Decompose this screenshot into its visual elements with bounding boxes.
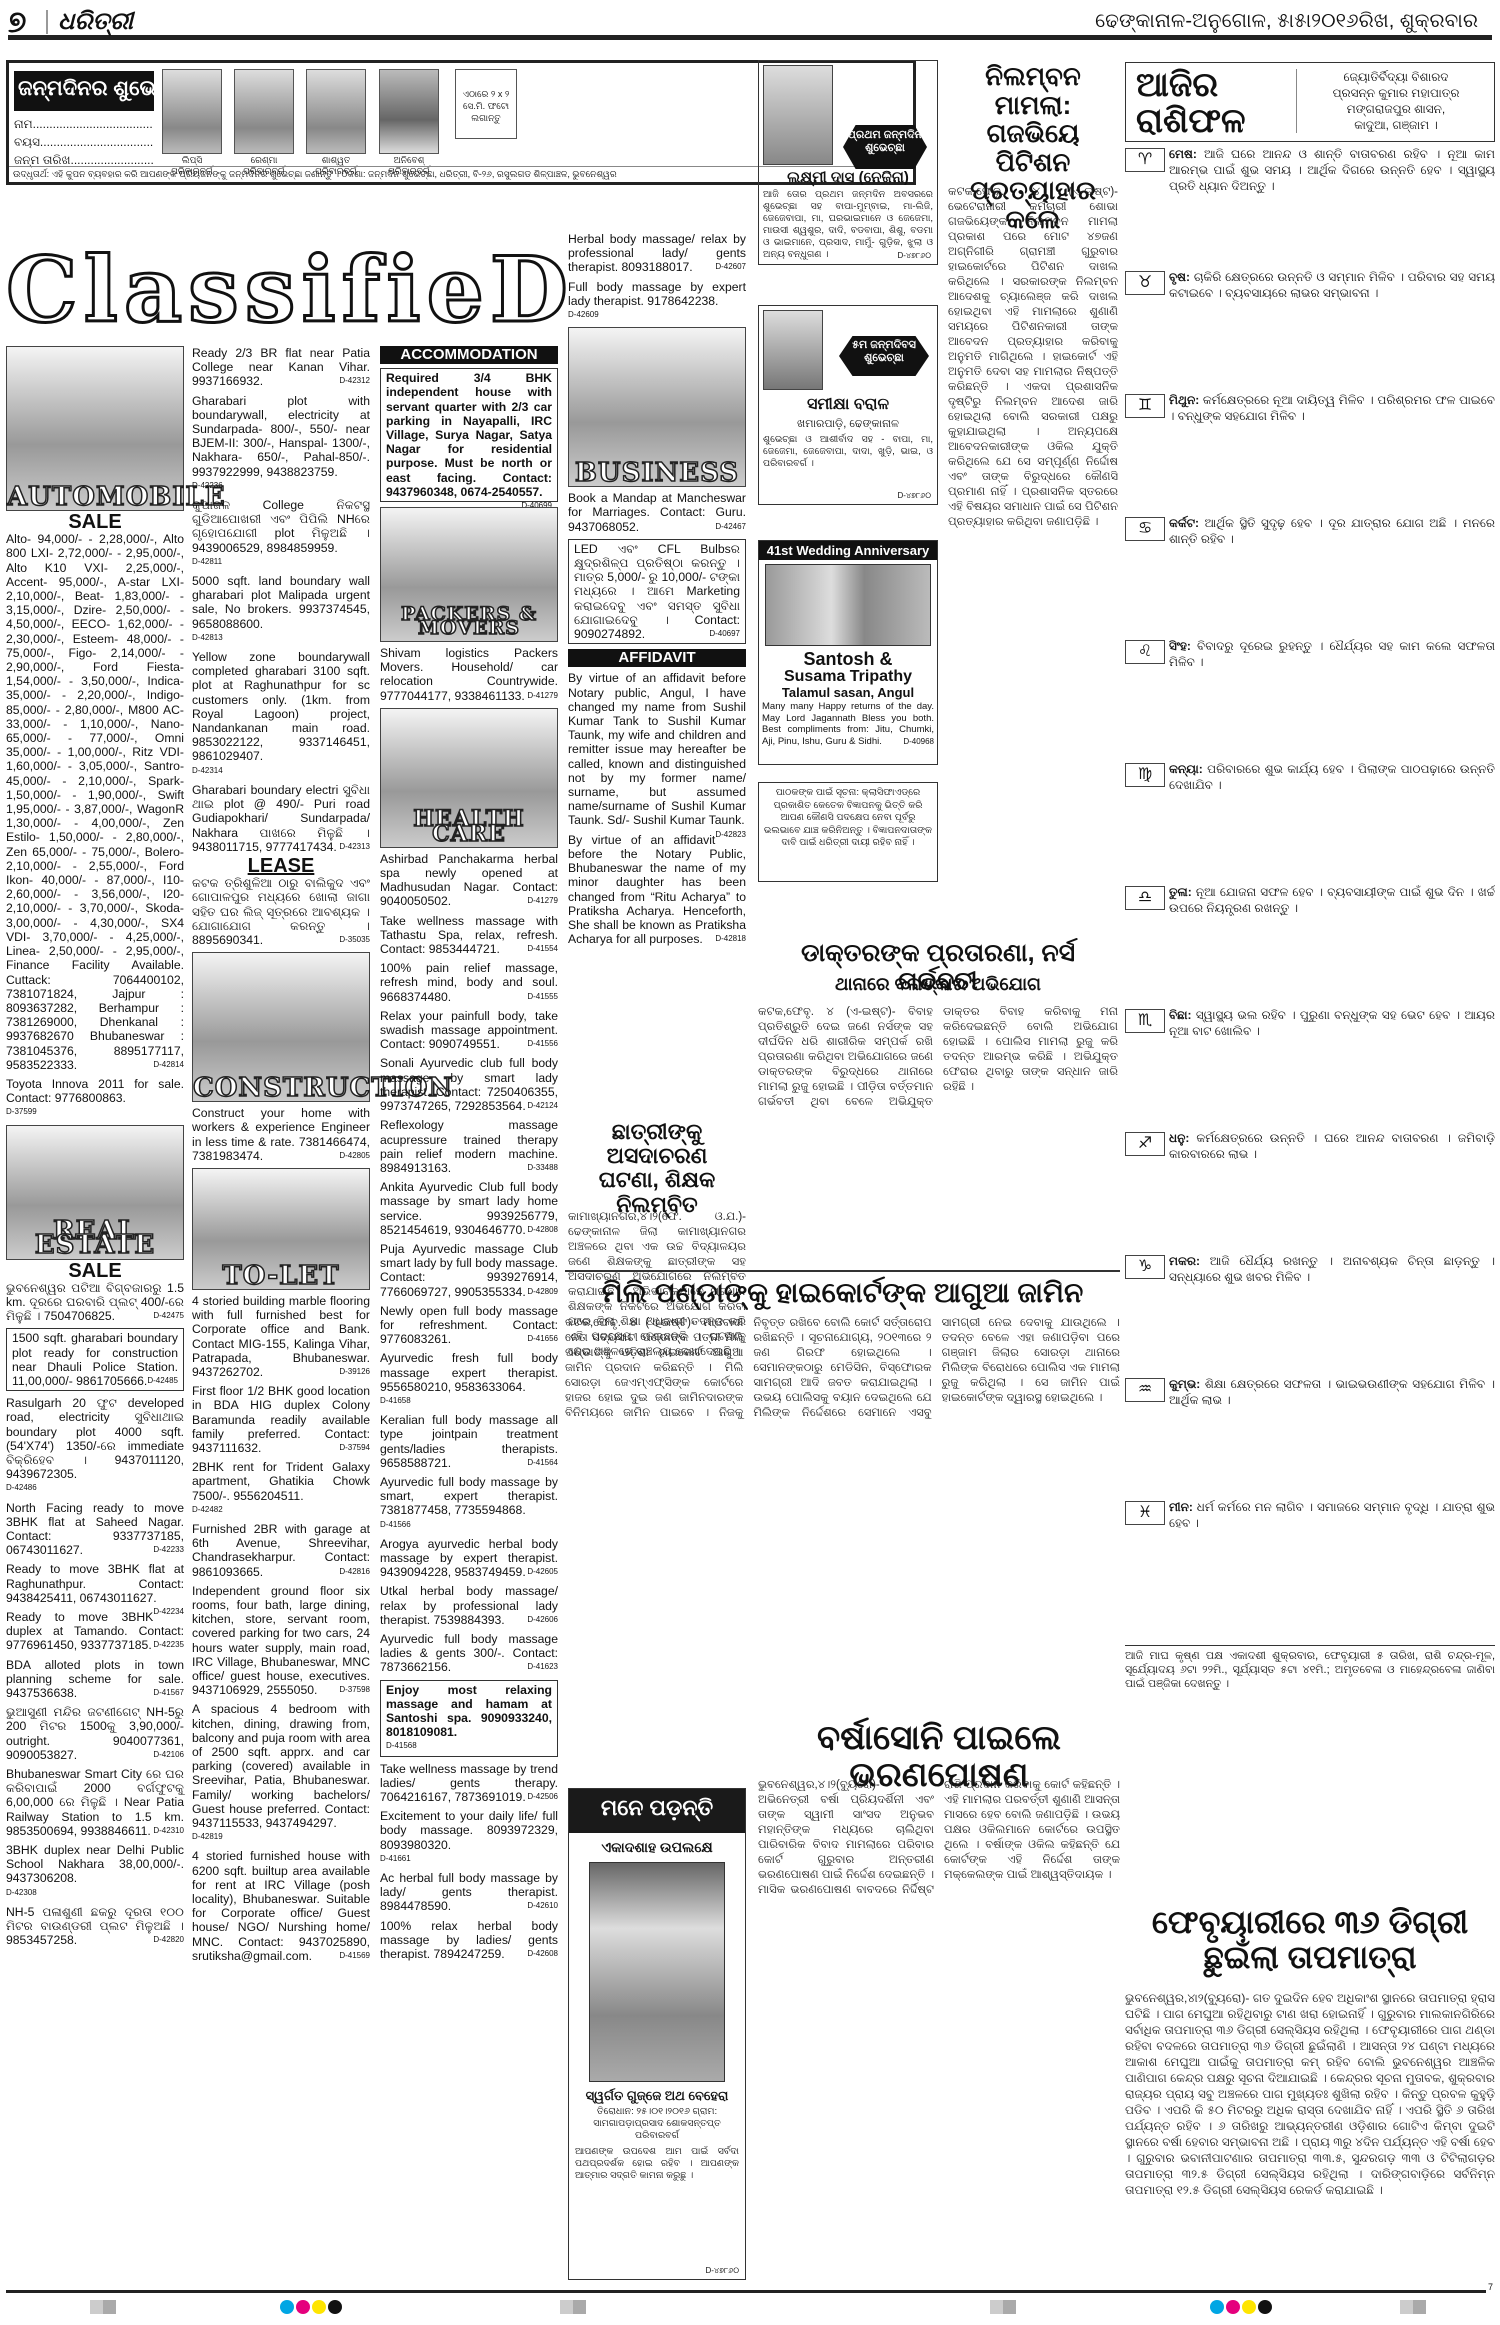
dateline: ଢେଙ୍କାନାଳ-ଅନୁଗୋଳ, ୫ା୫ା୨୦୧୬ରିଖ, ଶୁକ୍ରବାର	[1095, 10, 1478, 33]
article-temperature: ଭୁବନେଶ୍ୱର,୪ା୨(ବ୍ୟୁରୋ)- ଗତ ଦୁଇଦିନ ହେବ ଅଧି…	[1125, 1990, 1495, 2280]
ad-item-boxed: Enjoy most relaxing massage and hamam at…	[380, 1680, 558, 1757]
age-field: ବୟସ....................................	[14, 135, 154, 150]
ad-item-boxed: Required 3/4 BHK independent house with …	[380, 368, 558, 502]
rashi-item-simha: ♌ସିଂହ: ବିବାଦରୁ ଦୂରେଇ ରୁହନ୍ତୁ । ଧୈର୍ଯ୍ୟର …	[1125, 638, 1495, 758]
ad-item: Furnished 2BR with garage at 6th Avenue,…	[192, 1522, 370, 1579]
ad-item: Shivam logistics Packers Movers. Househo…	[380, 646, 558, 703]
child-photo	[162, 69, 222, 154]
ad-item: Independent ground floor six rooms, four…	[192, 1584, 370, 1698]
registration-gray-block	[90, 2300, 116, 2314]
first-birthday-greeting: ପ୍ରଥମ ଜନ୍ମଦିନ ଶୁଭେଚ୍ଛା ଲକ୍ଷ୍ମୀ ଦାସ (ନେଜି…	[758, 60, 938, 265]
virgo-icon: ♍	[1125, 763, 1165, 787]
ad-item-boxed: LED ଏବଂ CFL Bulbsର କ୍ଷୁଦ୍ରଶିଳ୍ପ ପ୍ରତିଷ୍ଠ…	[568, 539, 746, 644]
ad-code: D-୪୭୮୬୦	[898, 251, 931, 261]
packers-movers-image: PACKERS & MOVERS	[380, 507, 558, 642]
couple-name-line1: Santosh &	[759, 650, 937, 668]
ad-item: Arogya ayurvedic herbal body massage by …	[380, 1537, 558, 1580]
ad-item: Ashirbad Panchakarma herbal spa newly op…	[380, 852, 558, 909]
ad-item: A spacious 4 bedroom with kitchen, dinin…	[192, 1702, 370, 1844]
aquarius-icon: ♒	[1125, 1378, 1165, 1402]
yellow-dot-icon	[1242, 2300, 1256, 2314]
automobile-image: AUTOMOBILE	[6, 346, 184, 511]
ad-item: Book a Mandap at Mancheswar for Marriage…	[568, 491, 746, 534]
column-plots-lease-tolet: Ready 2/3 BR flat near Patia College nea…	[192, 346, 370, 1968]
magenta-dot-icon	[296, 2300, 310, 2314]
ad-item: Alto- 94,000/- - 2,28,000/-, Alto 800 LX…	[6, 532, 184, 1072]
yellow-dot-icon	[312, 2300, 326, 2314]
article-mili-panda-bail: କଟକ,ଫେବୃ. ୪ (ଏ-ଇଷ୍ଟ)- ମାଓବାଦୀ ନେତା ସବ୍ୟସ…	[565, 1316, 1120, 1706]
ad-item: Keralian full body massage all type join…	[380, 1413, 558, 1470]
ad-item-boxed: 1500 sqft. gharabari boundary plot ready…	[6, 1328, 184, 1391]
ad-item: Ayurvedic full body massage by smart, ex…	[380, 1475, 558, 1532]
ad-item: Toyota Innova 2011 for sale. Contact: 97…	[6, 1077, 184, 1120]
child-photo	[306, 69, 366, 154]
headline-temperature: ଫେବୃୟାରୀରେ ୩୬ ଡିଗ୍ରୀ ଛୁଇଁଲା ତାପମାତ୍ରା	[1125, 1905, 1495, 1975]
astrologer-credit: ଜ୍ୟୋତିର୍ବିଦ୍ୟା ବିଶାରଦ ପ୍ରସନ୍ନ କୁମାର ମହାପ…	[1296, 69, 1491, 133]
ad-item: 5000 sqft. land boundary wall gharabari …	[192, 574, 370, 645]
ad-item: Ready 2/3 BR flat near Patia College nea…	[192, 346, 370, 389]
rashi-item-mithuna: ♊ମିଥୁନ: କର୍ମକ୍ଷେତ୍ରରେ ନୂଆ ଦାୟିତ୍ୱ ମିଳିବ …	[1125, 392, 1495, 512]
to-let-image: TO-LET	[192, 1168, 370, 1290]
child-photo	[379, 69, 439, 154]
aries-icon: ♈	[1125, 148, 1165, 172]
anniversary-message: Many many Happy returns of the day. May …	[759, 700, 937, 748]
pisces-icon: ♓	[1125, 1501, 1165, 1525]
ad-code: D-୪୭୮୬୦	[898, 491, 931, 501]
couple-name-line2: Susama Tripathy	[759, 668, 937, 685]
rashi-item-kumbha: ♒କୁମ୍ଭ: ଶିକ୍ଷା କ୍ଷେତ୍ରରେ ସଫଳତା । ଭାଇଭଉଣୀ…	[1125, 1376, 1495, 1496]
ad-item: Ac herbal full body massage by lady/ gen…	[380, 1871, 558, 1914]
ad-item: Reflexology massage acupressure trained …	[380, 1118, 558, 1175]
capricorn-icon: ♑	[1125, 1255, 1165, 1279]
cyan-dot-icon	[1210, 2300, 1224, 2314]
first-birthday-badge: ପ୍ରଥମ ଜନ୍ମଦିନ ଶୁଭେଚ୍ଛା	[843, 125, 927, 169]
ad-item: First floor 1/2 BHK good location in BDA…	[192, 1384, 370, 1455]
ad-item: North Facing ready to move 3BHK flat at …	[6, 1501, 184, 1558]
ad-item: Newly open full body massage for refresh…	[380, 1304, 558, 1347]
horoscope-list: ♈ମେଷ: ଆଜି ଘରେ ଆନନ୍ଦ ଓ ଶାନ୍ତି ବାତାବରଣ ରହି…	[1125, 146, 1495, 1641]
ad-item: Ankita Ayurvedic Club full body massage …	[380, 1180, 558, 1237]
memorial-details: ତିରୋଧାନ: ୨୫।୦୧।୨୦୧୬ ଗ୍ରାମ: ସାମଗାପଡ଼ାପ୍ରସ…	[569, 2104, 745, 2144]
headline-teacher-suspended: ଛାତ୍ରୀଙ୍କୁ ଅସଦାଚରଣ ଘଟଣା, ଶିକ୍ଷକ ନିଲମ୍ବିତ	[568, 1120, 746, 1217]
sagittarius-icon: ♐	[1125, 1132, 1165, 1156]
couple-place: Talamul sasan, Angul	[759, 685, 937, 700]
section-heading-sale: SALE	[6, 1264, 184, 1278]
ad-item: Ayurvedic full body massage ladies & gen…	[380, 1632, 558, 1675]
baby-photo	[763, 65, 833, 165]
ad-item: Construct your home with workers & exper…	[192, 1106, 370, 1163]
section-heading-affidavit: AFFIDAVIT	[568, 649, 746, 667]
ad-code: D-୪୭୮୬୦	[706, 2266, 739, 2276]
footer-page-number: 7	[1488, 2282, 1493, 2292]
child-photo	[234, 69, 294, 154]
headline-mili-panda-bail: ମିଲି ପଣ୍ଡାଙ୍କୁ ହାଇକୋର୍ଟଙ୍କ ଆଗୁଆ ଜାମିନ	[565, 1270, 1120, 1309]
rashi-item-mesha: ♈ମେଷ: ଆଜି ଘରେ ଆନନ୍ଦ ଓ ଶାନ୍ତି ବାତାବରଣ ରହି…	[1125, 146, 1495, 266]
photo-placeholder: ଏଠାରେ ୨ x ୨ ସେ.ମି. ଫଟୋ ଲଗାନ୍ତୁ	[455, 69, 517, 139]
horoscope-title: ଆଜିର ରାଶିଫଳ	[1136, 67, 1266, 139]
health-care-image: HEALTH CARE	[380, 708, 558, 848]
column-business-affidavit: Herbal body massage/ relax by profession…	[568, 232, 746, 951]
rashi-item-meena: ♓ମୀନ: ଧର୍ମ କର୍ମରେ ମନ ଲାଗିବ । ସମାଜରେ ସମ୍ମ…	[1125, 1499, 1495, 1594]
birthday-badge: ୫ମ ଜନ୍ମଦିବସ ଶୁଭେଚ୍ଛା	[839, 336, 929, 376]
couple-photo	[765, 564, 931, 646]
memorial-photo	[589, 1862, 725, 2082]
ad-item: ଭୁବନେଶ୍ୱର ପଟିଆ ବିଗ୍‌ବଜାରରୁ 1.5 km. ଦୂରରେ…	[6, 1281, 184, 1324]
greeting-message: ଶୁଭେଚ୍ଛା ଓ ଆଶୀର୍ବାଦ ସହ - ବାପା, ମା, ଜେଜେମ…	[763, 434, 933, 470]
libra-icon: ♎	[1125, 886, 1165, 910]
reader-notice: ପାଠକଙ୍କ ପାଇଁ ସୂଚନା: କ୍ଲାସିଫାଏଡ୍‌ରେ ପ୍ରକା…	[758, 782, 938, 882]
name-field: ନାମ....................................	[14, 117, 154, 132]
section-heading-accommodation: ACCOMMODATION	[380, 346, 558, 364]
rashi-item-brusha: ♉ବୃଷ: ଚାକିରି କ୍ଷେତ୍ରରେ ଉନ୍ନତି ଓ ସମ୍ମାନ ମ…	[1125, 269, 1495, 389]
child-photo	[763, 310, 823, 390]
column-automobile-realestate: AUTOMOBILE SALE Alto- 94,000/- - 2,28,00…	[6, 346, 184, 1952]
ad-item: 100% pain relief massage, refresh mind, …	[380, 961, 558, 1004]
ad-item: By virtue of an affidavit before Notary …	[568, 671, 746, 827]
ad-item: NH-5 ପଳାଶୁଣୀ ଛକରୁ ଦୂରତା ୧୦୦ ମିଟର ବାଉଣ୍ଡର…	[6, 1905, 184, 1948]
ad-item: 4 storied building marble flooring with …	[192, 1294, 370, 1379]
registration-cmyk-dots	[1210, 2300, 1274, 2314]
ad-item: By virtue of an affidavit before the Not…	[568, 833, 746, 947]
ad-item: କୁପାଜଳ College ନିକଟସ୍ଥ ଗୁଡିଆପୋଖରୀ ଏବଂ ପି…	[192, 498, 370, 569]
ad-item: Take wellness massage by trend ladies/ g…	[380, 1762, 558, 1805]
ad-item: Gharabari boundary electri ସୁବିଧା ଥାଇ pl…	[192, 783, 370, 854]
ad-item: Full body massage by expert lady therapi…	[568, 280, 746, 323]
article-doctor-fraud: କଟକ,ଫେବୃ. ୪ (ଏ-ଇଷ୍ଟ)- ବିବାହ ପ୍ରତିଶ୍ରୁତି …	[758, 1005, 1118, 1255]
bottom-rule	[6, 2290, 1486, 2293]
section-heading-sale: SALE	[6, 515, 184, 529]
ad-item: Herbal body massage/ relax by profession…	[568, 232, 746, 275]
ad-item: Ready to move 3BHK flat at Raghunathpur.…	[6, 1562, 184, 1605]
registration-cmyk-dots	[280, 2300, 344, 2314]
ad-item: BDA alloted plots in town planning schem…	[6, 1658, 184, 1701]
ad-item: ଭୁଆସୁଣୀ ମନ୍ଦିର ଜଟଣୀଗେଟ୍ NH-5ରୁ 200 ମିଟର …	[6, 1705, 184, 1762]
subheadline-doctor-fraud: ଥାନାରେ ବଳାତ୍କାର ଅଭିଯୋଗ	[758, 975, 1118, 995]
leo-icon: ♌	[1125, 640, 1165, 664]
masthead-divider	[46, 10, 48, 34]
memorial-header: ମନେ ପଡ଼ନ୍ତି	[569, 1789, 745, 1833]
column-accommodation-health: ACCOMMODATION Required 3/4 BHK independe…	[380, 346, 558, 1966]
real-estate-image: REAL ESTATE	[6, 1125, 184, 1260]
ad-item: 100% relax herbal body massage by ladies…	[380, 1919, 558, 1962]
memorial-occasion: ଏକାଦଶାହ ଉପଲକ୍ଷେ	[569, 1839, 745, 1856]
page-number: ୭	[8, 6, 26, 40]
ad-item: Take wellness massage with Tathastu Spa,…	[380, 914, 558, 957]
newspaper-logo: ଧରିତ୍ରୀ	[58, 8, 133, 36]
registration-gray-block	[990, 2300, 1016, 2314]
scorpio-icon: ♏	[1125, 1009, 1165, 1033]
horoscope-header: ଆଜିର ରାଶିଫଳ ଜ୍ୟୋତିର୍ବିଦ୍ୟା ବିଶାରଦ ପ୍ରସନ୍…	[1125, 62, 1495, 142]
ad-item: Rasulgarh 20 ଫୁଟ developed road, electri…	[6, 1396, 184, 1495]
rashi-item-dhanu: ♐ଧନୁ: କର୍ମକ୍ଷେତ୍ରରେ ଉନ୍ନତି । ଘରେ ଆନନ୍ଦ ବ…	[1125, 1130, 1495, 1250]
ad-item: Ayurvedic fresh full body massage expert…	[380, 1351, 558, 1408]
ad-item: 3BHK duplex near Delhi Public School Nak…	[6, 1843, 184, 1900]
section-heading-lease: LEASE	[192, 859, 370, 873]
ad-item: କଟକ ତ୍ରିଶୁଳିଆ ଠାରୁ ବାଲିକୁଦ ଏବଂ ଗୋପାଳପୁର …	[192, 876, 370, 947]
child-name: ସମୀକ୍ଷା ବରାଳ	[763, 396, 933, 414]
ad-item: Sonali Ayurvedic club full body massage …	[380, 1056, 558, 1113]
ad-item: Bhubaneswar Smart City ରେ ଘର କରିବାପାଇଁ 2…	[6, 1767, 184, 1838]
magenta-dot-icon	[1226, 2300, 1240, 2314]
black-dot-icon	[1258, 2300, 1272, 2314]
panjika-footer: ଆଜି ମାଘ କୃଷ୍ଣ ପକ୍ଷ ଏକାଦଶୀ ଶୁକ୍ରବାର, ଫେବୃ…	[1125, 1645, 1495, 1725]
ad-item: Yellow zone boundarywall completed ghara…	[192, 650, 370, 778]
ad-item: Utkal herbal body massage/ relax by prof…	[380, 1584, 558, 1627]
cancer-icon: ♋	[1125, 517, 1165, 541]
ad-item: Excitement to your daily life/ full body…	[380, 1809, 558, 1866]
memorial-notice: ମନେ ପଡ଼ନ୍ତି ଏକାଦଶାହ ଉପଲକ୍ଷେ ସ୍ୱର୍ଗତ ଗୁଜ୍…	[568, 1788, 746, 2280]
black-dot-icon	[328, 2300, 342, 2314]
rashi-item-bichha: ♏ବିଛା: ସ୍ୱାସ୍ଥ୍ୟ ଭଲ ରହିବ । ପୁରୁଣା ବନ୍ଧୁଙ…	[1125, 1007, 1495, 1127]
birthday-greeting-samikshya: ୫ମ ଜନ୍ମଦିବସ ଶୁଭେଚ୍ଛା ସମୀକ୍ଷା ବରାଳ ଖମାରପା…	[758, 305, 938, 505]
article-suspension-case: କଟକ,ଫେବୃ. ୪ (ଏ-ଇଷ୍ଟ)- ଭେଟେରାନାରୀ କର୍ମଚାର…	[948, 185, 1118, 720]
rashi-item-kanya: ♍କନ୍ୟା: ପରିବାରରେ ଶୁଭ କାର୍ଯ୍ୟ ହେବ । ପିଲାଙ…	[1125, 761, 1495, 881]
registration-gray-block	[560, 2300, 586, 2314]
taurus-icon: ♉	[1125, 271, 1165, 295]
masthead: ୭ ଧରିତ୍ରୀ ଢେଙ୍କାନାଳ-ଅନୁଗୋଳ, ୫ା୫ା୨୦୧୬ରିଖ,…	[8, 8, 1492, 40]
ad-item: 4 storied furnished house with 6200 sqft…	[192, 1849, 370, 1963]
child-place: ଖମାରପାଡ଼ି, ଢେଙ୍କାନାଳ	[763, 418, 933, 431]
child-name: ଲକ୍ଷ୍ମୀ ଦାସ (ନେଜିନା)	[763, 169, 933, 186]
wedding-anniversary-greeting: 41st Wedding Anniversary Santosh & Susam…	[758, 540, 938, 765]
classified-banner: ClassifieD	[6, 240, 556, 340]
gemini-icon: ♊	[1125, 394, 1165, 418]
anniversary-header: 41st Wedding Anniversary	[759, 541, 937, 560]
ad-item: Relax your painfull body, take swadish m…	[380, 1009, 558, 1052]
deceased-name: ସ୍ୱର୍ଗତ ଗୁଜ୍ଜେ ଅଥ ବେହେରା	[569, 2088, 745, 2104]
cyan-dot-icon	[280, 2300, 294, 2314]
memorial-tribute: ଆପଣଙ୍କ ଉପଦେଶ ଆମ ପାଇଁ ସର୍ବଦା ପଥପ୍ରଦର୍ଶକ ହ…	[569, 2144, 745, 2184]
business-image: BUSINESS	[568, 327, 746, 487]
registration-gray-block	[1400, 2300, 1426, 2314]
ad-item: Puja Ayurvedic massage Club smart lady b…	[380, 1242, 558, 1299]
article-barsha-maintenance: ଭୁବନେଶ୍ୱର,୪।୨(ବ୍ୟୁରୋ)- ଅଭିନେତ୍ରୀ ବର୍ଷା ପ…	[758, 1778, 1120, 2278]
construction-image: CONSTRUCTION	[192, 952, 370, 1102]
rashi-item-tula: ♎ତୁଳା: ନୂଆ ଯୋଜନା ସଫଳ ହେବ । ବ୍ୟବସାୟୀଙ୍କ ପ…	[1125, 884, 1495, 1004]
rashi-item-makara: ♑ମକର: ଆଜି ଧୈର୍ଯ୍ୟ ରଖନ୍ତୁ । ଅନାବଶ୍ୟକ ଚିନ୍…	[1125, 1253, 1495, 1373]
rashi-item-karkata: ♋କର୍କଟ: ଆର୍ଥିକ ସ୍ଥିତି ସୁଦୃଢ଼ ହେବ । ଦୂର ଯ…	[1125, 515, 1495, 635]
birthday-title: ଜନ୍ମଦିନର ଶୁଭେଚ୍ଛା	[14, 71, 154, 111]
ad-item: 2BHK rent for Trident Galaxy apartment, …	[192, 1460, 370, 1517]
ad-item: Gharabari plot with boundarywall, electr…	[192, 394, 370, 493]
